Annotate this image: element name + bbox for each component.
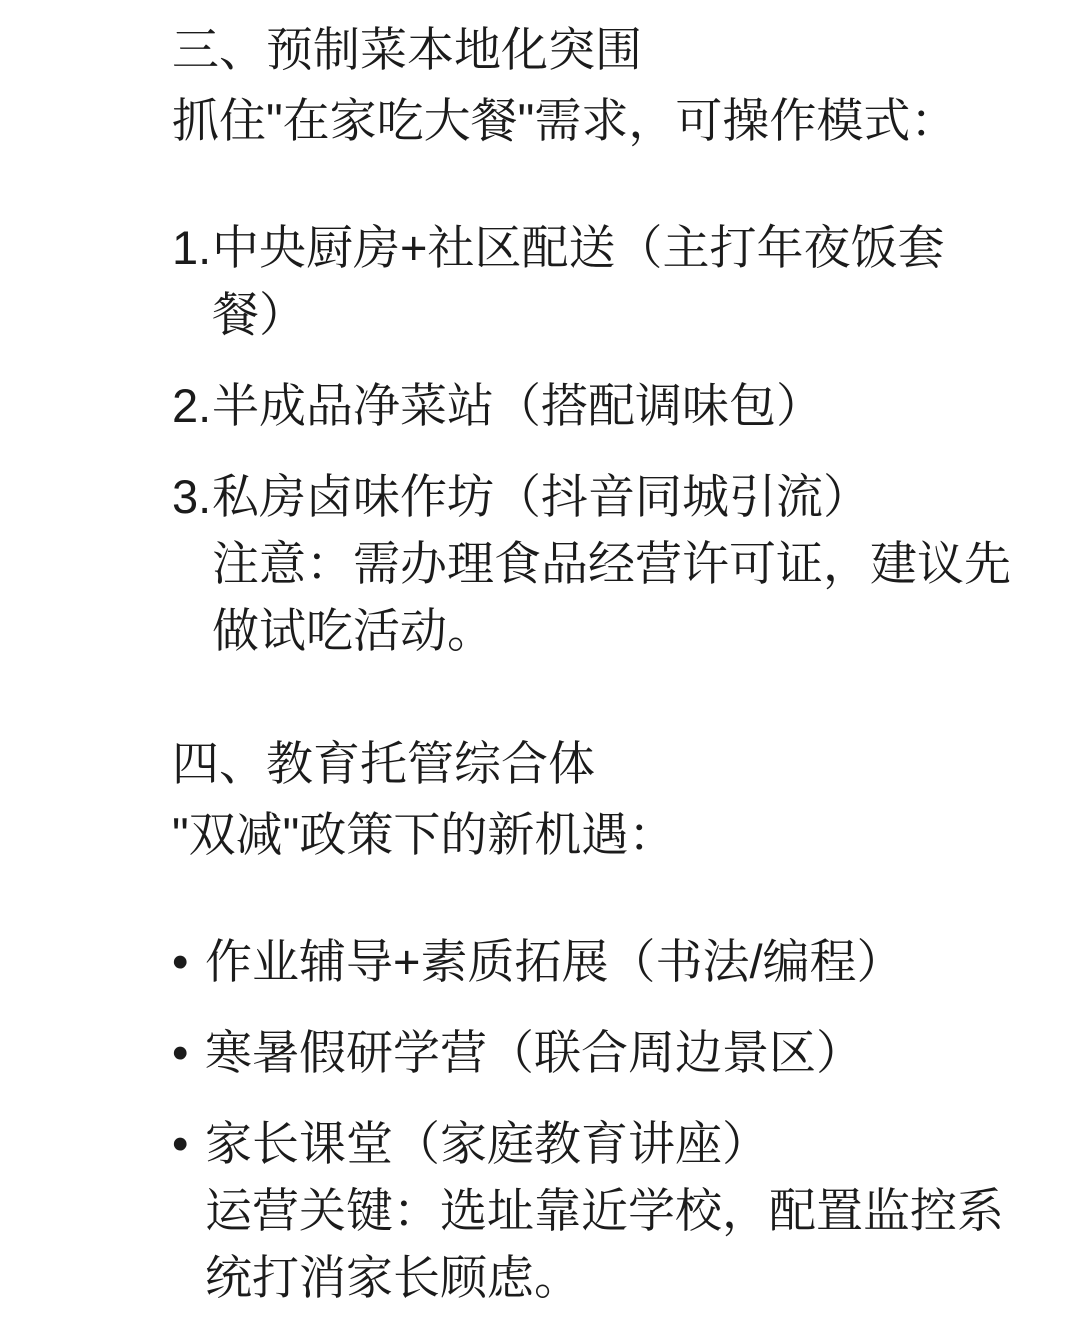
section-intro: 抓住"在家吃大餐"需求，可操作模式： (172, 85, 1052, 156)
list-item: 3. 私房卤味作坊（抖音同城引流） 注意：需办理食品经营许可证，建议先 做试吃活… (172, 463, 1052, 664)
list-item-text: 半成品净菜站（搭配调味包） (212, 372, 1052, 439)
list-item: • 寒暑假研学营（联合周边景区） (172, 1019, 1052, 1086)
list-item-text: 作业辅导+素质拓展（书法/编程） (205, 928, 1052, 995)
ordered-list: 1. 中央厨房+社区配送（主打年夜饭套 餐） 2. 半成品净菜站（搭配调味包） … (172, 214, 1052, 664)
bullet-icon: • (172, 1110, 205, 1177)
section-heading: 三、预制菜本地化突围 (172, 14, 1052, 85)
list-item: 1. 中央厨房+社区配送（主打年夜饭套 餐） (172, 214, 1052, 348)
list-item-text: 中央厨房+社区配送（主打年夜饭套 餐） (212, 214, 1052, 348)
list-item: • 家长课堂（家庭教育讲座） 运营关键：选址靠近学校，配置监控系 统打消家长顾虑… (172, 1110, 1052, 1311)
bullet-list: • 作业辅导+素质拓展（书法/编程） • 寒暑假研学营（联合周边景区） • 家长… (172, 928, 1052, 1311)
list-item-text: 寒暑假研学营（联合周边景区） (205, 1019, 1052, 1086)
list-item: 2. 半成品净菜站（搭配调味包） (172, 372, 1052, 439)
section-intro: "双减"政策下的新机遇： (172, 799, 1052, 870)
text-document: 三、预制菜本地化突围 抓住"在家吃大餐"需求，可操作模式： 1. 中央厨房+社区… (0, 0, 1080, 1328)
list-item: • 作业辅导+素质拓展（书法/编程） (172, 928, 1052, 995)
list-item-number: 3. (172, 463, 212, 530)
bullet-icon: • (172, 1019, 205, 1086)
list-item-text: 私房卤味作坊（抖音同城引流） 注意：需办理食品经营许可证，建议先 做试吃活动。 (212, 463, 1052, 664)
list-item-number: 1. (172, 214, 212, 281)
list-item-number: 2. (172, 372, 212, 439)
section-education: 四、教育托管综合体 "双减"政策下的新机遇： • 作业辅导+素质拓展（书法/编程… (172, 728, 1052, 1311)
section-heading: 四、教育托管综合体 (172, 728, 1052, 799)
bullet-icon: • (172, 928, 205, 995)
section-precooked-food: 三、预制菜本地化突围 抓住"在家吃大餐"需求，可操作模式： 1. 中央厨房+社区… (172, 14, 1052, 664)
list-item-text: 家长课堂（家庭教育讲座） 运营关键：选址靠近学校，配置监控系 统打消家长顾虑。 (205, 1110, 1052, 1311)
